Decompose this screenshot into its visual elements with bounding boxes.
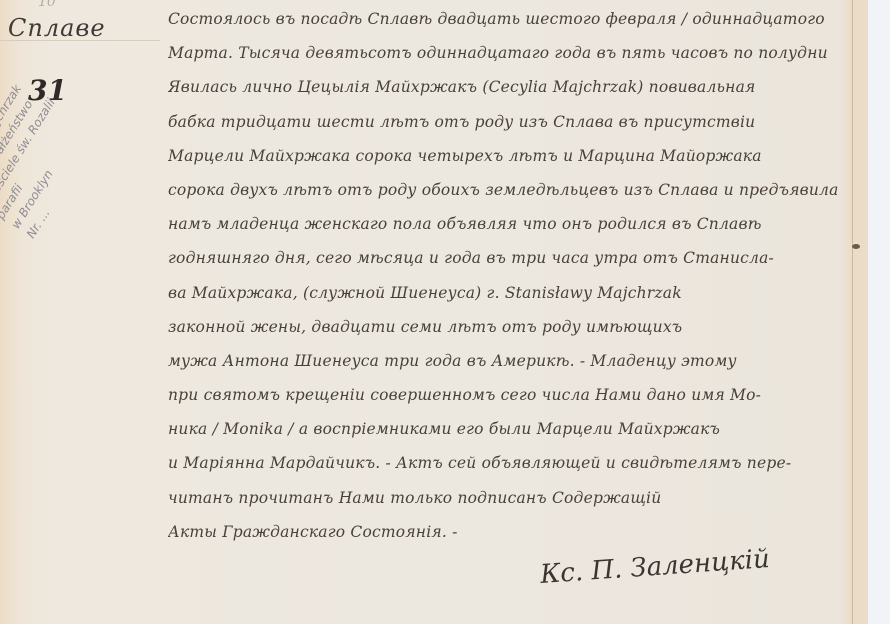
text-line: мужа Антона Шиенеуса три года въ Америкѣ… [168,344,858,378]
text-line: Марта. Тысяча девятьсотъ одиннадцатаго г… [168,36,858,70]
text-line: Явилась лично Цецылія Майхржакъ (Cecylia… [168,70,858,104]
text-line: бабка тридцати шести лѣтъ отъ роду изъ С… [168,105,858,139]
text-line: законной жены, двадцати семи лѣтъ отъ ро… [168,310,858,344]
entry-body: Состоялось въ посадѣ Сплавѣ двадцать шес… [168,2,858,549]
text-line: годняшняго дня, сего мѣсяца и года въ тр… [168,241,858,275]
text-line: читанъ прочитанъ Нами только подписанъ С… [168,481,858,515]
text-line: ва Майхржака, (служной Шиенеуса) г. Stan… [168,276,858,310]
margin-column: 10 Сплаве 31 11. IV. 1911 Stanisław Majc… [0,0,160,624]
document-page: 10 Сплаве 31 11. IV. 1911 Stanisław Majc… [0,0,868,624]
text-line: Состоялось въ посадѣ Сплавѣ двадцать шес… [168,2,858,36]
place-name: Сплаве [8,14,106,42]
text-line: Акты Гражданскаго Состоянія. - [168,515,858,549]
text-line: Марцели Майхржака сорока четырехъ лѣтъ и… [168,139,858,173]
pencil-annotation: 11. IV. 1911 Stanisław Majchrzak zawarł … [0,48,180,281]
text-line: при святомъ крещеніи совершенномъ сего ч… [168,378,858,412]
text-line: и Маріянна Мардайчикъ. - Актъ сей объявл… [168,446,858,480]
text-line: сорока двухъ лѣтъ отъ роду обоихъ землед… [168,173,858,207]
signature: Кс. П. Заленцкій [539,544,770,590]
text-line: намъ младенца женскаго пола объявляя что… [168,207,858,241]
faint-page-mark: 10 [38,0,56,10]
text-line: ника / Monika / а воспріемниками его был… [168,412,858,446]
